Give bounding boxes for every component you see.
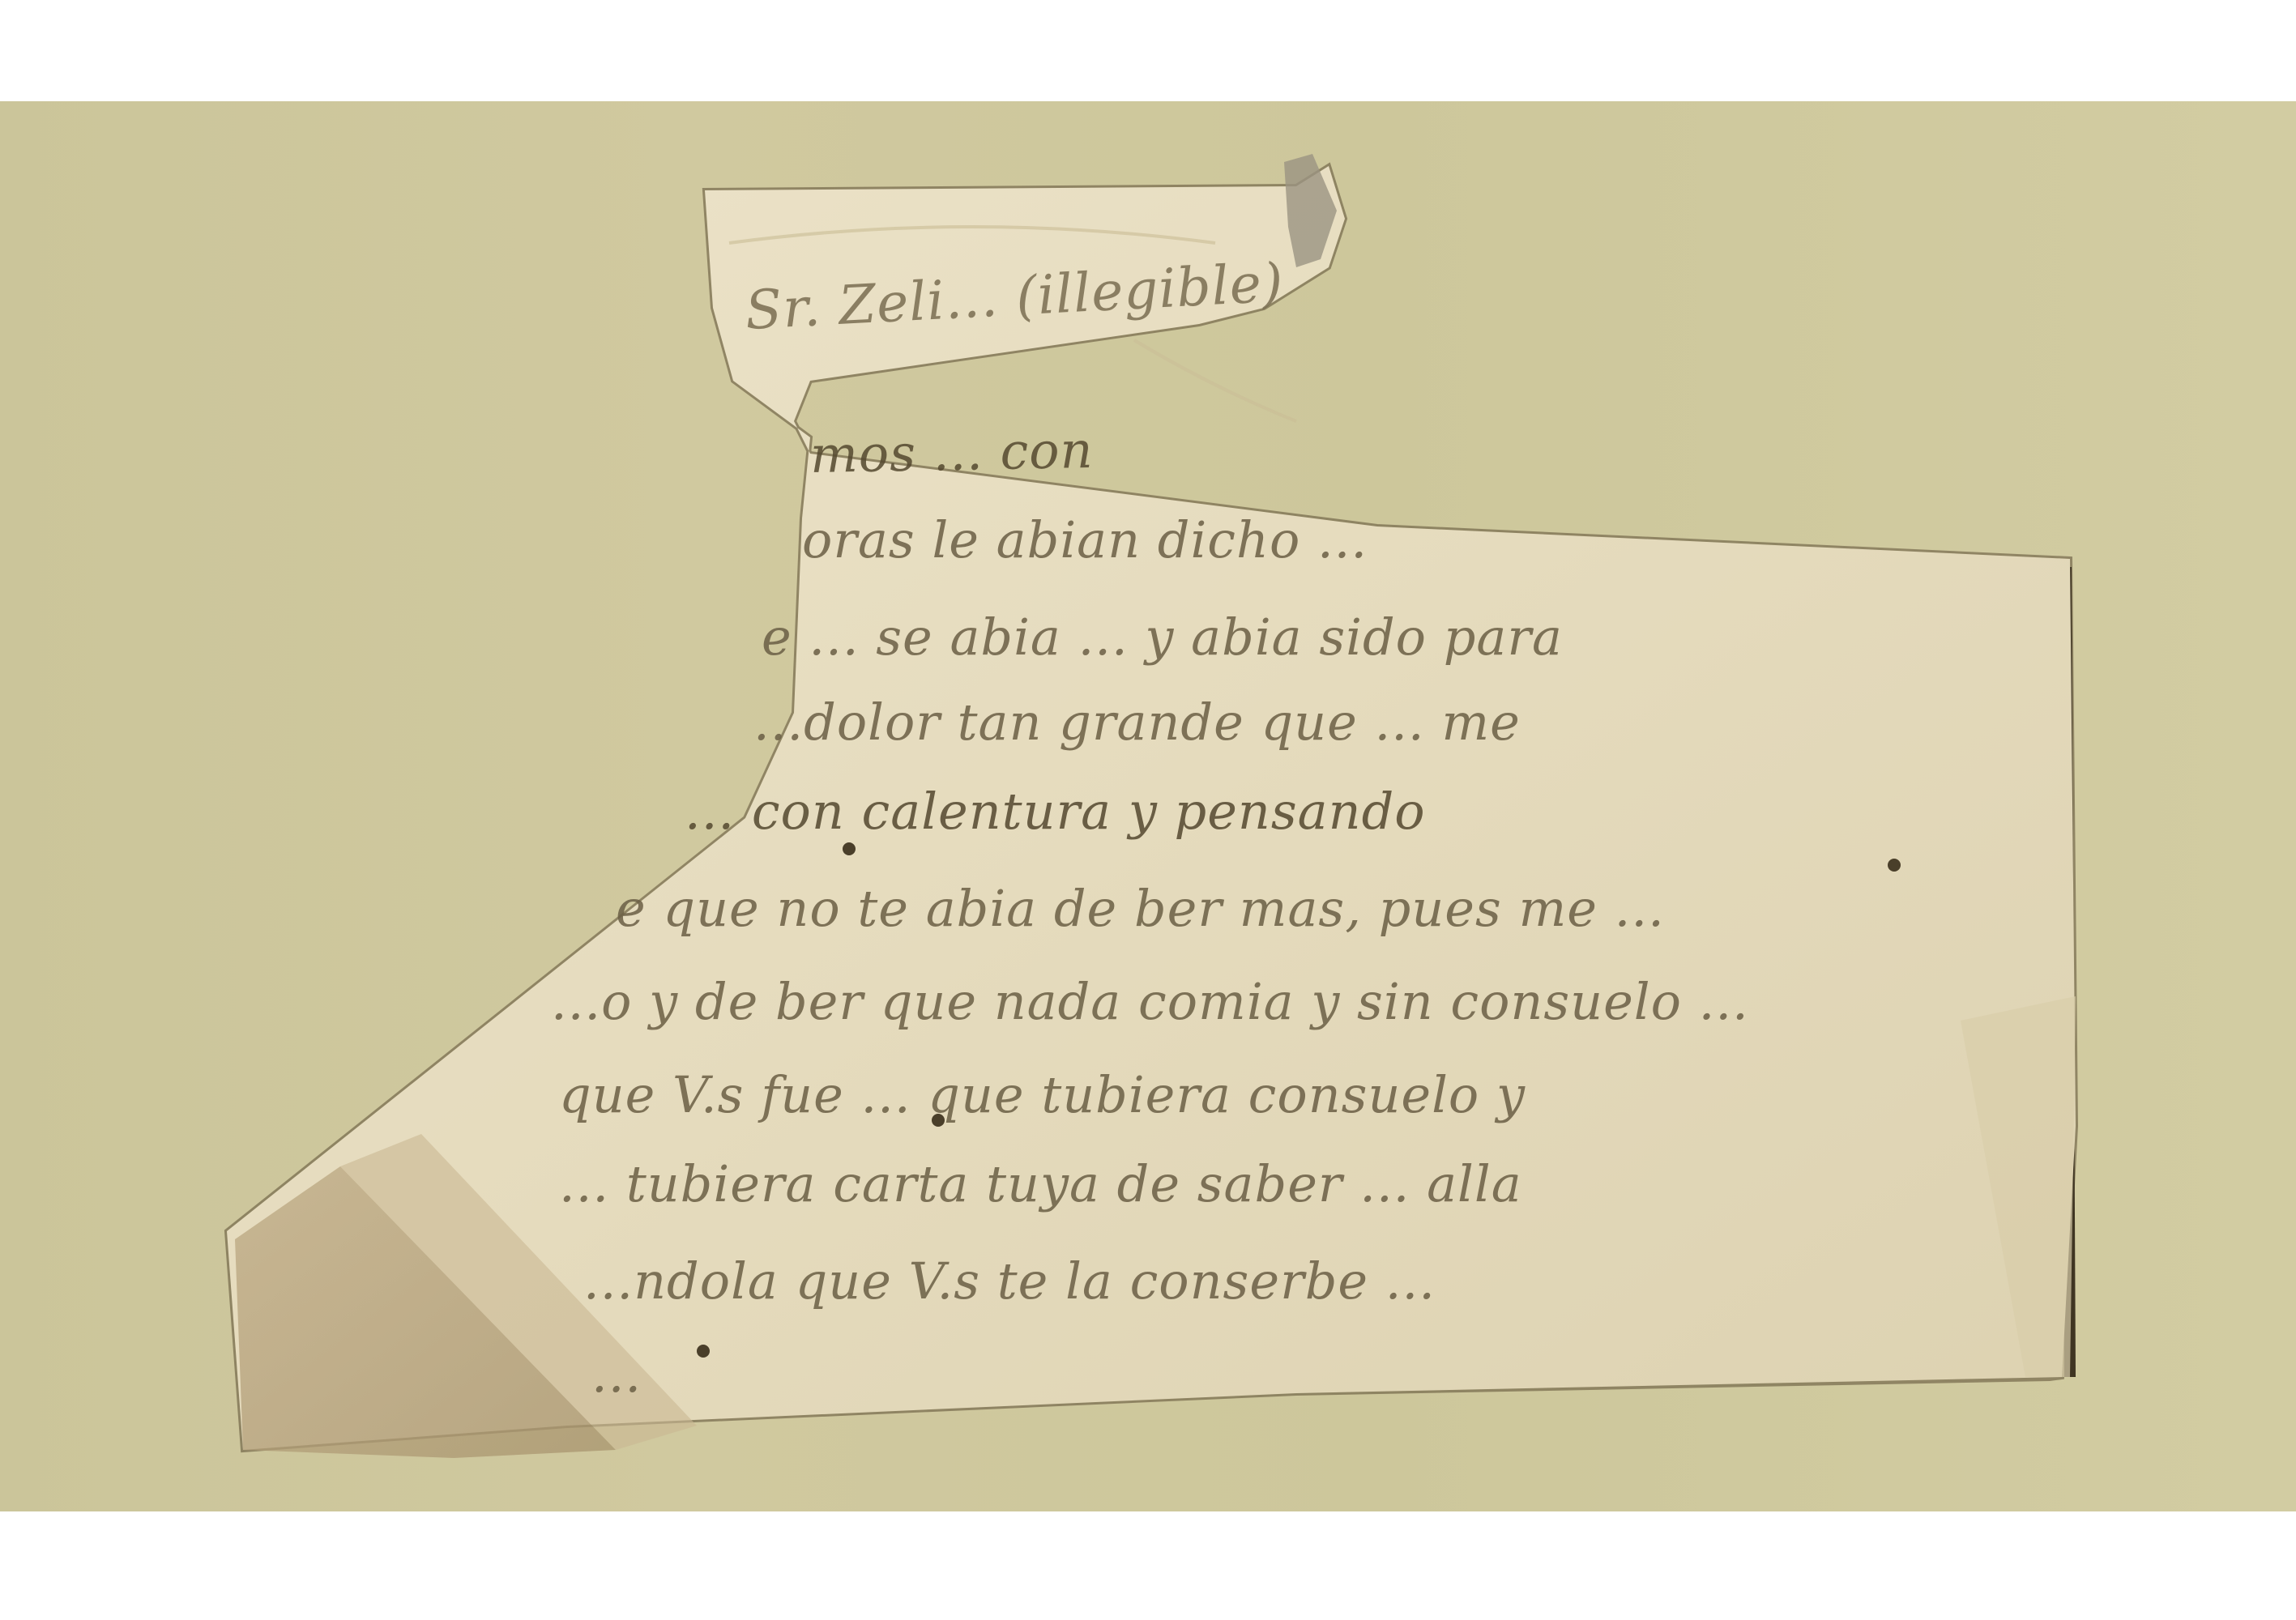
manuscript-fragment (0, 0, 2296, 1620)
